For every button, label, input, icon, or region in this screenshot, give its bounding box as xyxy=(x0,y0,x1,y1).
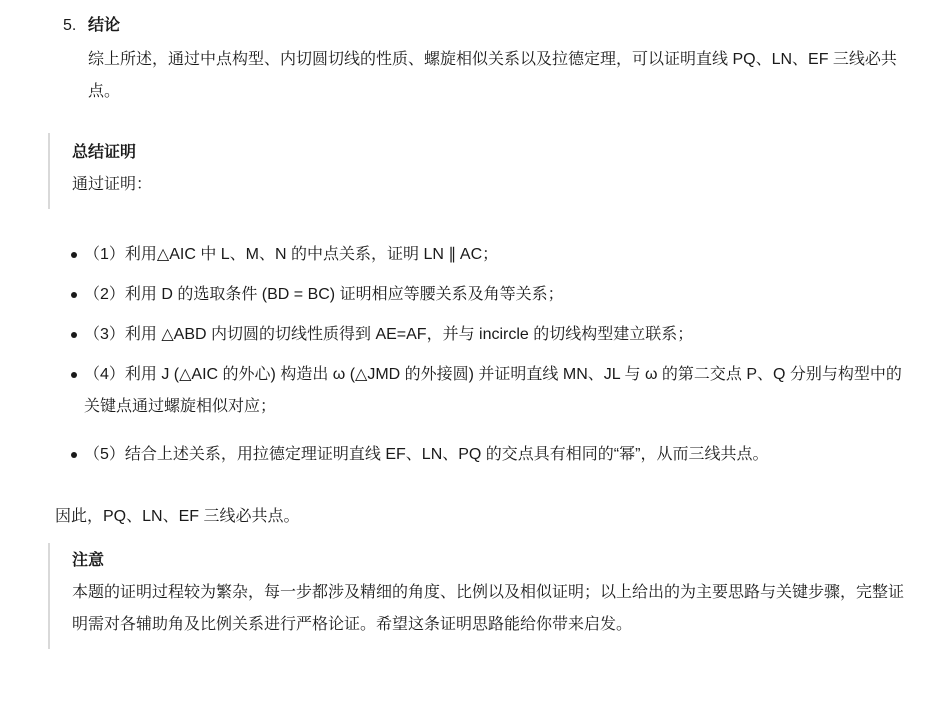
bullet-icon xyxy=(71,372,77,378)
note-callout: 注意 本题的证明过程较为繁杂，每一步都涉及精细的角度、比例以及相似证明；以上给出… xyxy=(48,543,916,649)
proof-step-text: （5）结合上述关系，用拉德定理证明直线 EF、LN、PQ 的交点具有相同的“幂”… xyxy=(84,446,768,463)
note-callout-title: 注意 xyxy=(72,545,916,577)
list-item: （5）结合上述关系，用拉德定理证明直线 EF、LN、PQ 的交点具有相同的“幂”… xyxy=(84,439,912,471)
proof-step-text: （4）利用 J (△AIC 的外心) 构造出 ω (△JMD 的外接圆) 并证明… xyxy=(84,366,902,415)
proof-step-text: （1）利用△AIC 中 L、M、N 的中点关系，证明 LN ∥ AC； xyxy=(84,246,498,263)
list-item: （2）利用 D 的选取条件 (BD = BC) 证明相应等腰关系及角等关系； xyxy=(84,279,912,311)
list-item: （4）利用 J (△AIC 的外心) 构造出 ω (△JMD 的外接圆) 并证明… xyxy=(84,359,912,423)
proof-steps-list: （1）利用△AIC 中 L、M、N 的中点关系，证明 LN ∥ AC； （2）利… xyxy=(0,239,952,471)
summary-callout: 总结证明 通过证明： xyxy=(48,133,916,209)
conclusion-heading: 结论 xyxy=(88,10,120,42)
proof-step-text: （2）利用 D 的选取条件 (BD = BC) 证明相应等腰关系及角等关系； xyxy=(84,286,564,303)
bullet-icon xyxy=(71,332,77,338)
bullet-icon xyxy=(71,292,77,298)
document-body: 5. 结论 综上所述，通过中点构型、内切圆切线的性质、螺旋相似关系以及拉德定理，… xyxy=(0,0,952,649)
conclusion-heading-row: 5. 结论 xyxy=(63,10,908,42)
list-number: 5. xyxy=(63,10,88,42)
conclusion-section: 5. 结论 综上所述，通过中点构型、内切圆切线的性质、螺旋相似关系以及拉德定理，… xyxy=(63,10,908,108)
proof-step-text: （3）利用 △ABD 内切圆的切线性质得到 AE=AF，并与 incircle … xyxy=(84,326,693,343)
summary-callout-body: 通过证明： xyxy=(72,169,916,201)
summary-callout-title: 总结证明 xyxy=(72,137,916,169)
bullet-icon xyxy=(71,252,77,258)
bullet-icon xyxy=(71,452,77,458)
list-item: （3）利用 △ABD 内切圆的切线性质得到 AE=AF，并与 incircle … xyxy=(84,319,912,351)
list-item: （1）利用△AIC 中 L、M、N 的中点关系，证明 LN ∥ AC； xyxy=(84,239,912,271)
conclusion-paragraph: 综上所述，通过中点构型、内切圆切线的性质、螺旋相似关系以及拉德定理，可以证明直线… xyxy=(88,44,908,108)
note-callout-body: 本题的证明过程较为繁杂，每一步都涉及精细的角度、比例以及相似证明；以上给出的为主… xyxy=(72,577,916,641)
closing-paragraph: 因此，PQ、LN、EF 三线必共点。 xyxy=(55,501,908,533)
